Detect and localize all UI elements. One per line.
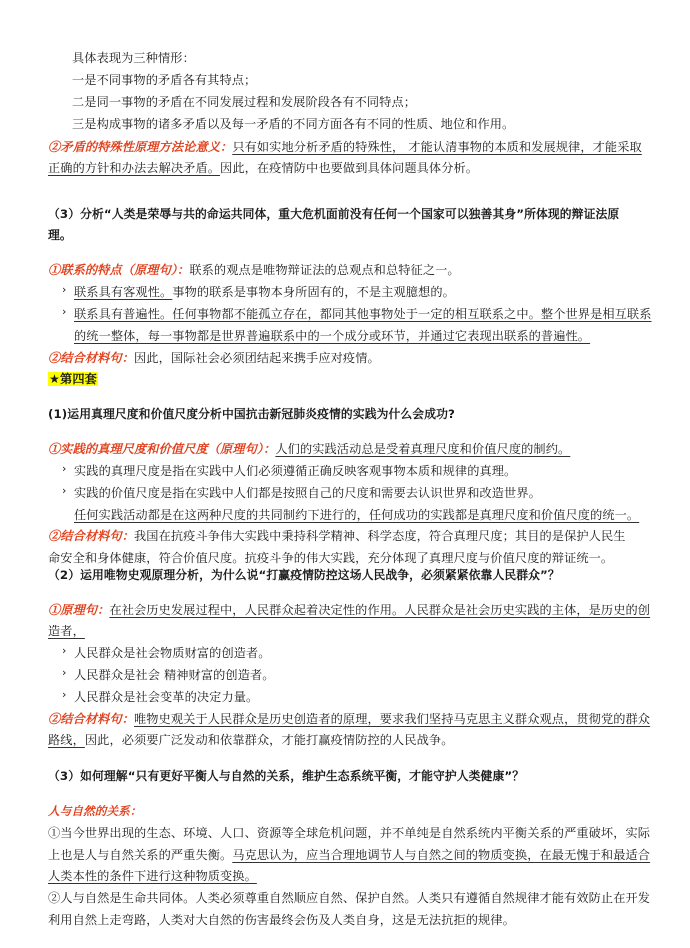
paragraph-cont: 利用自然上走弯路，人类对大自然的伤害最终会伤及人类自身，这是无法抗拒的规律。: [48, 911, 515, 929]
subsection-label: 人与自然的关系：: [48, 802, 142, 820]
paragraph: ①当今世界出现的生态、环境、人口、资源等全球危机问题，并不单纯是自然系统内平衡关…: [48, 824, 650, 842]
principle-label: ①原理句：: [48, 603, 109, 617]
principle-label: ①联系的特点（原理句）：: [48, 263, 189, 277]
question-title: （3）分析“人类是荣辱与共的命运共同体，重大危机面前没有任何一个国家可以独善其身…: [48, 205, 619, 223]
question-title: （2）运用唯物史观原理分析，为什么说“打赢疫情防控这场人民战争，必须紧紧依靠人民…: [48, 566, 560, 584]
section-highlight: ★第四套: [48, 372, 98, 386]
bullet-arrow-icon: ›: [62, 688, 66, 701]
principle-paragraph-cont: 造者，: [48, 622, 85, 640]
bullet-arrow-icon: ›: [62, 462, 66, 475]
bullet-item-cont: 的统一整体，每一事物都是世界普遍联系中的一个成分或环节，并通过它表现出联系的普遍…: [74, 327, 590, 345]
material-paragraph: ②结合材料句：唯物史观关于人民群众是历史创造者的原理，要求我们坚持马克思主义群众…: [48, 710, 650, 728]
bullet-rest: 事物的联系是事物本身所固有的，不是主观臆想的。: [172, 285, 455, 299]
material-text: 唯物史观关于人民群众是历史创造者的原理，要求我们坚持马克思主义群众观点，贯彻党的…: [134, 712, 650, 726]
material-paragraph: ②结合材料句：因此，国际社会必须团结起来携手应对疫情。: [48, 349, 380, 367]
bullet-item: 实践的价值尺度是指在实践中人们都是按照自己的尺度和需要去认识世界和改造世界。: [74, 484, 541, 502]
bullet-arrow-icon: ›: [62, 484, 66, 497]
material-label: ②结合材料句：: [48, 351, 134, 365]
principle-label: ①实践的真理尺度和价值尺度（原理句）：: [48, 442, 275, 456]
material-underlined: 路线，: [48, 733, 85, 747]
list-item: 二是同一事物的矛盾在不同发展过程和发展阶段各有不同特点；: [72, 93, 416, 111]
intro-text: 具体表现为三种情形：: [72, 49, 195, 67]
material-text: 我国在抗疫斗争伟大实践中秉持科学精神、科学态度，符合真理尺度；其目的是保护人民生: [134, 529, 626, 543]
method-paragraph: ②矛盾的特殊性原理方法论意义：只有如实地分析矛盾的特殊性， 才能认清事物的本质和…: [48, 138, 642, 156]
bullet-arrow-icon: ›: [62, 666, 66, 679]
question-title: (1)运用真理尺度和价值尺度分析中国抗击新冠肺炎疫情的实践为什么会成功?: [48, 405, 455, 423]
material-paragraph-cont: 命安全和身体健康，符合价值尺度。抗疫斗争的伟大实践，充分体现了真理尺度与价值尺度…: [48, 549, 613, 567]
material-paragraph: ②结合材料句：我国在抗疫斗争伟大实践中秉持科学精神、科学态度，符合真理尺度；其目…: [48, 527, 626, 545]
material-text: 因此，国际社会必须团结起来携手应对疫情。: [134, 351, 380, 365]
method-text-rest: 因此，在疫情防中也要做到具体问题具体分析。: [220, 161, 478, 175]
section-header: ★第四套: [48, 370, 98, 388]
method-text: 只有如实地分析矛盾的特殊性， 才能认清事物的本质和发展规律，才能采取: [232, 140, 641, 154]
list-item: 一是不同事物的矛盾各有其特点；: [72, 71, 256, 89]
material-paragraph-cont: 路线，因此，必须要广泛发动和依靠群众，才能打赢疫情防控的人民战争。: [48, 731, 454, 749]
star-icon: ★: [49, 372, 60, 386]
bullet-arrow-icon: ›: [62, 283, 66, 296]
material-label: ②结合材料句：: [48, 712, 134, 726]
bullet-item: 人民群众是社会 精神财富的创造者。: [74, 666, 275, 684]
principle-paragraph: ①联系的特点（原理句）：联系的观点是唯物辩证法的总观点和总特征之一。: [48, 261, 460, 279]
paragraph-text: 上也是人与自然关系的严重失衡。: [48, 848, 232, 862]
bullet-arrow-icon: ›: [62, 305, 66, 318]
method-paragraph-cont: 正确的方针和办法去解决矛盾。因此，在疫情防中也要做到具体问题具体分析。: [48, 159, 478, 177]
paragraph-cont: 上也是人与自然关系的严重失衡。马克思认为，应当合理地调节人与自然之间的物质变换，…: [48, 846, 650, 864]
summary-text: 任何实践活动都是在这两种尺度的共同制约下进行的，任何成功的实践都是真理尺度和价值…: [74, 506, 639, 524]
bullet-item: 联系具有客观性。事物的联系是事物本身所固有的，不是主观臆想的。: [74, 283, 455, 301]
bullet-item: 人民群众是社会物质财富的创造者。: [74, 644, 271, 662]
document-page: 具体表现为三种情形： 一是不同事物的矛盾各有其特点； 二是同一事物的矛盾在不同发…: [0, 0, 690, 948]
paragraph-underlined: 马克思认为，应当合理地调节人与自然之间的物质变换，在最无愧于和最适合: [232, 848, 650, 862]
bullet-item: 实践的真理尺度是指在实践中人们必须遵循正确反映客观事物本质和规律的真理。: [74, 462, 516, 480]
question-title: （3）如何理解“只有更好平衡人与自然的关系，维护生态系统平衡，才能守护人类健康”…: [48, 767, 524, 785]
paragraph: ②人与自然是生命共同体。人类必须尊重自然顺应自然、保护自然。人类只有遵循自然规律…: [48, 889, 650, 907]
list-item: 三是构成事物的诸多矛盾以及每一矛盾的不同方面各有不同的性质、地位和作用。: [72, 115, 514, 133]
question-title-cont: 理。: [48, 226, 72, 244]
method-label: ②矛盾的特殊性原理方法论意义：: [48, 140, 232, 154]
principle-paragraph: ①实践的真理尺度和价值尺度（原理句）：人们的实践活动总是受着真理尺度和价值尺度的…: [48, 440, 570, 458]
paragraph-cont: 人类本性的条件下进行这种物质变换。: [48, 867, 257, 885]
material-rest: 因此，必须要广泛发动和依靠群众，才能打赢疫情防控的人民战争。: [85, 733, 454, 747]
principle-text: 在社会历史发展过程中，人民群众起着决定性的作用。人民群众是社会历史实践的主体，是…: [109, 603, 650, 617]
bullet-arrow-icon: ›: [62, 644, 66, 657]
principle-text: 联系的观点是唯物辩证法的总观点和总特征之一。: [189, 263, 459, 277]
material-label: ②结合材料句：: [48, 529, 134, 543]
bullet-item: 联系具有普遍性。任何事物都不能孤立存在，都同其他事物处于一定的相互联系之中。整个…: [74, 305, 652, 323]
bullet-item: 人民群众是社会变革的决定力量。: [74, 688, 258, 706]
bullet-underlined: 联系具有客观性。: [74, 285, 172, 299]
method-text-underlined: 正确的方针和办法去解决矛盾。: [48, 161, 220, 175]
section-title: 第四套: [60, 372, 97, 386]
principle-text: 人们的实践活动总是受着真理尺度和价值尺度的制约。: [275, 442, 570, 456]
principle-paragraph: ①原理句：在社会历史发展过程中，人民群众起着决定性的作用。人民群众是社会历史实践…: [48, 601, 650, 619]
